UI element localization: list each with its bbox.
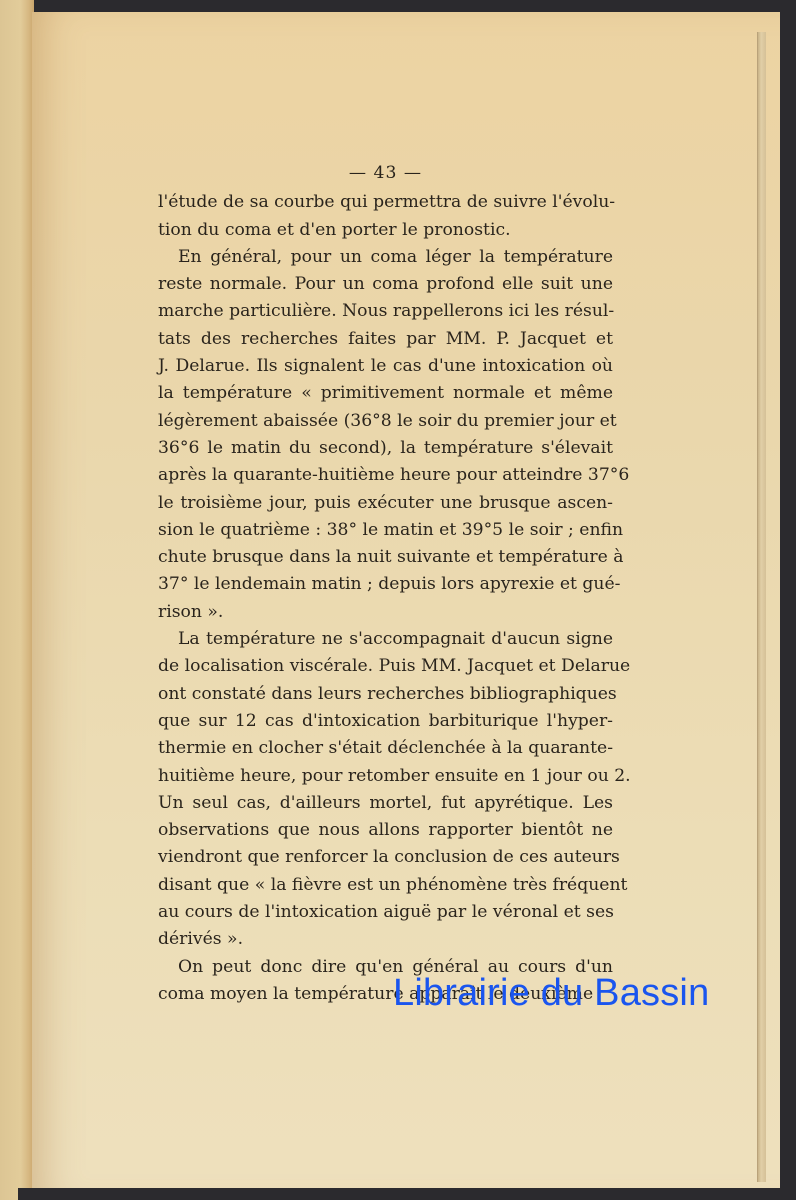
- paragraph: En général, pour un coma léger la tempér…: [158, 244, 613, 626]
- text-line: tion du coma et d'en porter le pronostic…: [158, 217, 613, 244]
- text-line: 36°6 le matin du second), la température…: [158, 435, 613, 462]
- facing-page-edge: [0, 0, 34, 1200]
- text-line: observations que nous allons rapporter b…: [158, 817, 613, 844]
- paragraph: La température ne s'accompagnait d'aucun…: [158, 626, 613, 954]
- text-line: l'étude de sa courbe qui permettra de su…: [158, 189, 613, 216]
- text-line: J. Delarue. Ils signalent le cas d'une i…: [158, 353, 613, 380]
- text-line: La température ne s'accompagnait d'aucun…: [158, 626, 613, 653]
- page-stack-edge: [757, 32, 766, 1182]
- text-line: au cours de l'intoxication aiguë par le …: [158, 899, 613, 926]
- text-line: après la quarante-huitième heure pour at…: [158, 462, 613, 489]
- text-line: En général, pour un coma léger la tempér…: [158, 244, 613, 271]
- text-line: ont constaté dans leurs recherches bibli…: [158, 681, 613, 708]
- text-column: — 43 — l'étude de sa courbe qui permettr…: [158, 160, 613, 1008]
- watermark: Librairie du Bassin: [393, 972, 709, 1015]
- text-line: disant que « la fièvre est un phénomène …: [158, 872, 613, 899]
- text-line: reste normale. Pour un coma profond elle…: [158, 271, 613, 298]
- text-line: dérivés ».: [158, 926, 613, 953]
- text-line: la température « primitivement normale e…: [158, 380, 613, 407]
- text-line: marche particulière. Nous rappellerons i…: [158, 298, 613, 325]
- text-line: Un seul cas, d'ailleurs mortel, fut apyr…: [158, 790, 613, 817]
- text-line: le troisième jour, puis exécuter une bru…: [158, 490, 613, 517]
- text-line: 37° le lendemain matin ; depuis lors apy…: [158, 571, 613, 598]
- text-line: viendront que renforcer la conclusion de…: [158, 844, 613, 871]
- text-line: légèrement abaissée (36°8 le soir du pre…: [158, 408, 613, 435]
- page-number: — 43 —: [158, 160, 613, 187]
- text-line: thermie en clocher s'était déclenchée à …: [158, 735, 613, 762]
- body-text: l'étude de sa courbe qui permettra de su…: [158, 189, 613, 1008]
- paragraph: l'étude de sa courbe qui permettra de su…: [158, 189, 613, 244]
- text-line: rison ».: [158, 599, 613, 626]
- text-line: tats des recherches faites par MM. P. Ja…: [158, 326, 613, 353]
- text-line: de localisation viscérale. Puis MM. Jacq…: [158, 653, 613, 680]
- text-line: chute brusque dans la nuit suivante et t…: [158, 544, 613, 571]
- text-line: que sur 12 cas d'intoxication barbituriq…: [158, 708, 613, 735]
- background-surface: [18, 1188, 796, 1200]
- text-line: sion le quatrième : 38° le matin et 39°5…: [158, 517, 613, 544]
- text-line: huitième heure, pour retomber ensuite en…: [158, 763, 613, 790]
